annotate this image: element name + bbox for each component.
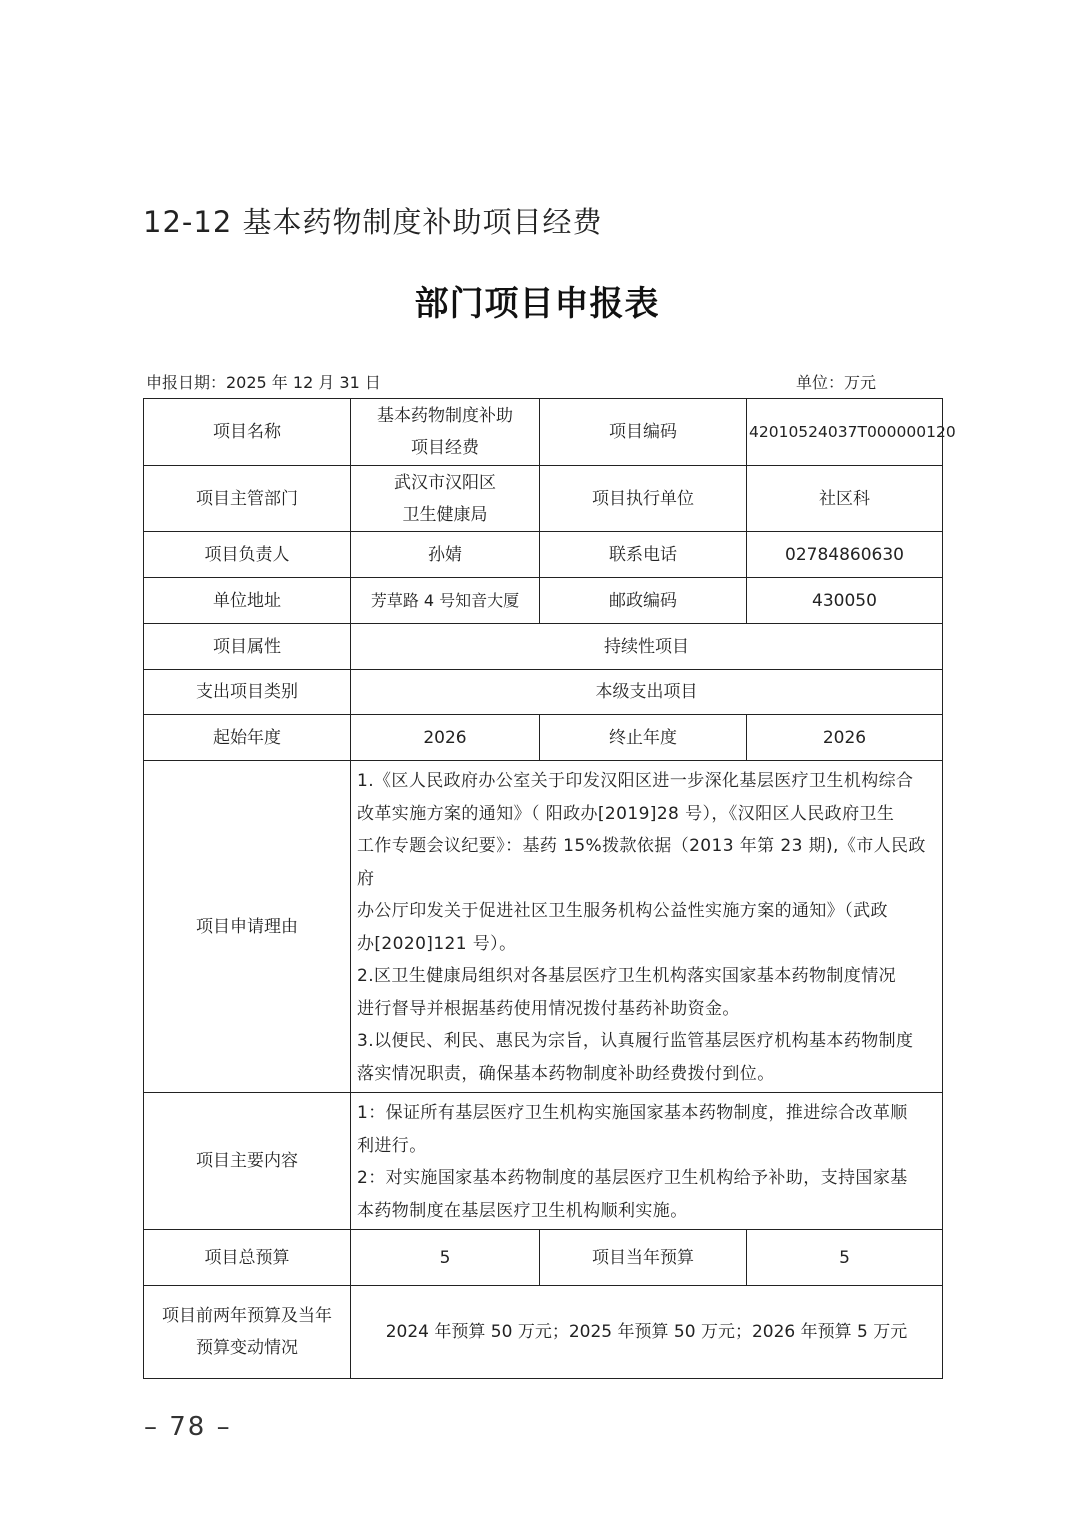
label-project-code: 项目编码 xyxy=(540,399,747,466)
value-exec-unit: 社区科 xyxy=(747,466,943,532)
project-application-table: 项目名称 基本药物制度补助 项目经费 项目编码 42010524037T0000… xyxy=(143,398,943,1379)
reason-line: 进行督导并根据基药使用情况拨付基药补助资金。 xyxy=(357,993,936,1026)
value-line: 武汉市汉阳区 xyxy=(357,467,533,499)
label-budget-history: 项目前两年预算及当年 预算变动情况 xyxy=(144,1286,351,1379)
label-line: 预算变动情况 xyxy=(150,1332,344,1364)
label-exec-unit: 项目执行单位 xyxy=(540,466,747,532)
value-total-budget: 5 xyxy=(351,1230,540,1286)
reason-line: 工作专题会议纪要》：基药 15%拨款依据（2013 年第 23 期),《市人民政… xyxy=(357,830,936,895)
label-reason: 项目申请理由 xyxy=(144,761,351,1093)
value-start-year: 2026 xyxy=(351,715,540,761)
page-number: – 78 – xyxy=(144,1412,232,1442)
table-row-budget: 项目总预算 5 项目当年预算 5 xyxy=(144,1230,943,1286)
label-content: 项目主要内容 xyxy=(144,1093,351,1230)
reason-line: 落实情况职责，确保基本药物制度补助经费拨付到位。 xyxy=(357,1058,936,1091)
value-content: 1：保证所有基层医疗卫生机构实施国家基本药物制度，推进综合改革顺 利进行。 2：… xyxy=(351,1093,943,1230)
value-reason: 1.《区人民政府办公室关于印发汉阳区进一步深化基层医疗卫生机构综合 改革实施方案… xyxy=(351,761,943,1093)
content-line: 利进行。 xyxy=(357,1130,936,1163)
table-row-budget-history: 项目前两年预算及当年 预算变动情况 2024 年预算 50 万元；2025 年预… xyxy=(144,1286,943,1379)
value-address: 芳草路 4 号知音大厦 xyxy=(351,578,540,624)
value-project-name: 基本药物制度补助 项目经费 xyxy=(351,399,540,466)
reason-line: 办[2020]121 号）。 xyxy=(357,928,936,961)
label-category: 支出项目类别 xyxy=(144,670,351,715)
content-line: 1：保证所有基层医疗卫生机构实施国家基本药物制度，推进综合改革顺 xyxy=(357,1097,936,1130)
reason-line: 1.《区人民政府办公室关于印发汉阳区进一步深化基层医疗卫生机构综合 xyxy=(357,765,936,798)
label-end-year: 终止年度 xyxy=(540,715,747,761)
value-owner: 孙婧 xyxy=(351,532,540,578)
table-row-reason: 项目申请理由 1.《区人民政府办公室关于印发汉阳区进一步深化基层医疗卫生机构综合… xyxy=(144,761,943,1093)
value-line: 卫生健康局 xyxy=(357,499,533,531)
value-year-budget: 5 xyxy=(747,1230,943,1286)
value-phone: 02784860630 xyxy=(747,532,943,578)
content-line: 本药物制度在基层医疗卫生机构顺利实施。 xyxy=(357,1195,936,1228)
report-date: 申报日期：2025 年 12 月 31 日 xyxy=(146,370,381,393)
value-postcode: 430050 xyxy=(747,578,943,624)
reason-line: 改革实施方案的通知》（ 阳政办[2019]28 号），《汉阳区人民政府卫生 xyxy=(357,798,936,831)
table-row-address: 单位地址 芳草路 4 号知音大厦 邮政编码 430050 xyxy=(144,578,943,624)
table-row-owner: 项目负责人 孙婧 联系电话 02784860630 xyxy=(144,532,943,578)
label-phone: 联系电话 xyxy=(540,532,747,578)
label-department: 项目主管部门 xyxy=(144,466,351,532)
form-title: 部门项目申报表 xyxy=(0,276,1074,325)
reason-line: 2.区卫生健康局组织对各基层医疗卫生机构落实国家基本药物制度情况 xyxy=(357,960,936,993)
table-row-years: 起始年度 2026 终止年度 2026 xyxy=(144,715,943,761)
unit-label: 单位：万元 xyxy=(796,370,876,393)
section-heading: 12-12 基本药物制度补助项目经费 xyxy=(143,200,603,241)
content-line: 2：对实施国家基本药物制度的基层医疗卫生机构给予补助，支持国家基 xyxy=(357,1162,936,1195)
value-category: 本级支出项目 xyxy=(351,670,943,715)
table-row-department: 项目主管部门 武汉市汉阳区 卫生健康局 项目执行单位 社区科 xyxy=(144,466,943,532)
label-attribute: 项目属性 xyxy=(144,624,351,670)
reason-line: 办公厅印发关于促进社区卫生服务机构公益性实施方案的通知》（武政 xyxy=(357,895,936,928)
reason-line: 3.以便民、利民、惠民为宗旨，认真履行监管基层医疗机构基本药物制度 xyxy=(357,1025,936,1058)
value-line: 基本药物制度补助 xyxy=(357,400,533,432)
label-start-year: 起始年度 xyxy=(144,715,351,761)
table-row-content: 项目主要内容 1：保证所有基层医疗卫生机构实施国家基本药物制度，推进综合改革顺 … xyxy=(144,1093,943,1230)
table-row-project-name: 项目名称 基本药物制度补助 项目经费 项目编码 42010524037T0000… xyxy=(144,399,943,466)
label-postcode: 邮政编码 xyxy=(540,578,747,624)
label-owner: 项目负责人 xyxy=(144,532,351,578)
label-line: 项目前两年预算及当年 xyxy=(150,1300,344,1332)
value-budget-history: 2024 年预算 50 万元；2025 年预算 50 万元；2026 年预算 5… xyxy=(351,1286,943,1379)
meta-row: 申报日期：2025 年 12 月 31 日 单位：万元 xyxy=(146,370,876,393)
value-department: 武汉市汉阳区 卫生健康局 xyxy=(351,466,540,532)
value-line: 项目经费 xyxy=(357,432,533,464)
label-year-budget: 项目当年预算 xyxy=(540,1230,747,1286)
value-attribute: 持续性项目 xyxy=(351,624,943,670)
value-end-year: 2026 xyxy=(747,715,943,761)
table-row-attribute: 项目属性 持续性项目 xyxy=(144,624,943,670)
label-address: 单位地址 xyxy=(144,578,351,624)
label-project-name: 项目名称 xyxy=(144,399,351,466)
label-total-budget: 项目总预算 xyxy=(144,1230,351,1286)
value-project-code: 42010524037T000000120 xyxy=(747,399,943,466)
table-row-category: 支出项目类别 本级支出项目 xyxy=(144,670,943,715)
